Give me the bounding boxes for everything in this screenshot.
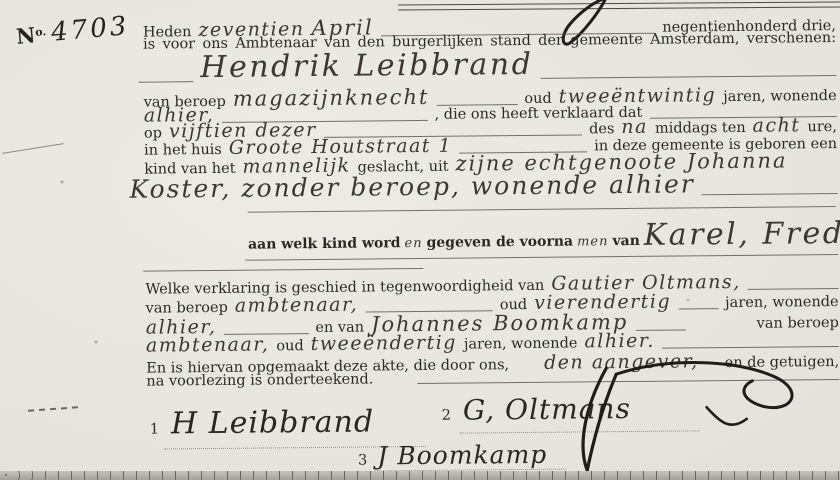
document-body: Heden zeventien April negentienhonderd d… bbox=[0, 0, 840, 480]
fill-rule bbox=[540, 75, 836, 79]
scan-edge-strip bbox=[0, 471, 840, 480]
line-declarant-name: Hendrik Leibbrand bbox=[138, 44, 836, 86]
printed-aan-welk-kind: aan welk kind word bbox=[248, 235, 401, 252]
hw-suffix-men: men bbox=[577, 234, 609, 249]
hw-mother-rest: Koster, zonder beroep, wonende alhier bbox=[129, 169, 695, 203]
printed-voorlezing: na voorlezing is onderteekend. bbox=[146, 371, 373, 389]
hw-child-names: Karel, Frederik. bbox=[644, 215, 840, 253]
signature-3-number: 3 bbox=[358, 453, 367, 469]
signature-1-number: 1 bbox=[150, 422, 159, 438]
line-child-names: aan welk kind word en gegeven de voorna … bbox=[248, 216, 836, 257]
divider-rule-short bbox=[143, 268, 423, 272]
printed-van: van bbox=[612, 233, 640, 249]
hw-alhier: alhier. bbox=[584, 330, 655, 353]
fill-rule bbox=[702, 193, 838, 195]
fill-rule bbox=[138, 81, 193, 83]
official-signature-flourish bbox=[506, 356, 827, 477]
section-divider-rule bbox=[248, 206, 836, 213]
signature-1: 1 H Leibbrand bbox=[150, 404, 450, 442]
birth-certificate-scan: No. 4703 Heden zeventien April negentien… bbox=[0, 0, 840, 480]
hw-witness2-occupation: ambtenaar, bbox=[146, 333, 270, 356]
printed-oud: oud bbox=[276, 338, 304, 354]
printed-gegeven-voorna: gegeven de voorna bbox=[426, 234, 573, 251]
signature-2-number: 2 bbox=[442, 408, 451, 424]
signature-1-name: H Leibbrand bbox=[171, 404, 374, 441]
printed-jaren-wonende: jaren, wonende bbox=[464, 335, 578, 352]
hw-declarant-name: Hendrik Leibbrand bbox=[200, 47, 533, 85]
hw-witness2-age: tweeëndertig bbox=[311, 332, 457, 355]
hw-suffix-en: en bbox=[404, 236, 422, 251]
line-mother-name: Koster, zonder beroep, wonende alhier bbox=[129, 168, 837, 204]
